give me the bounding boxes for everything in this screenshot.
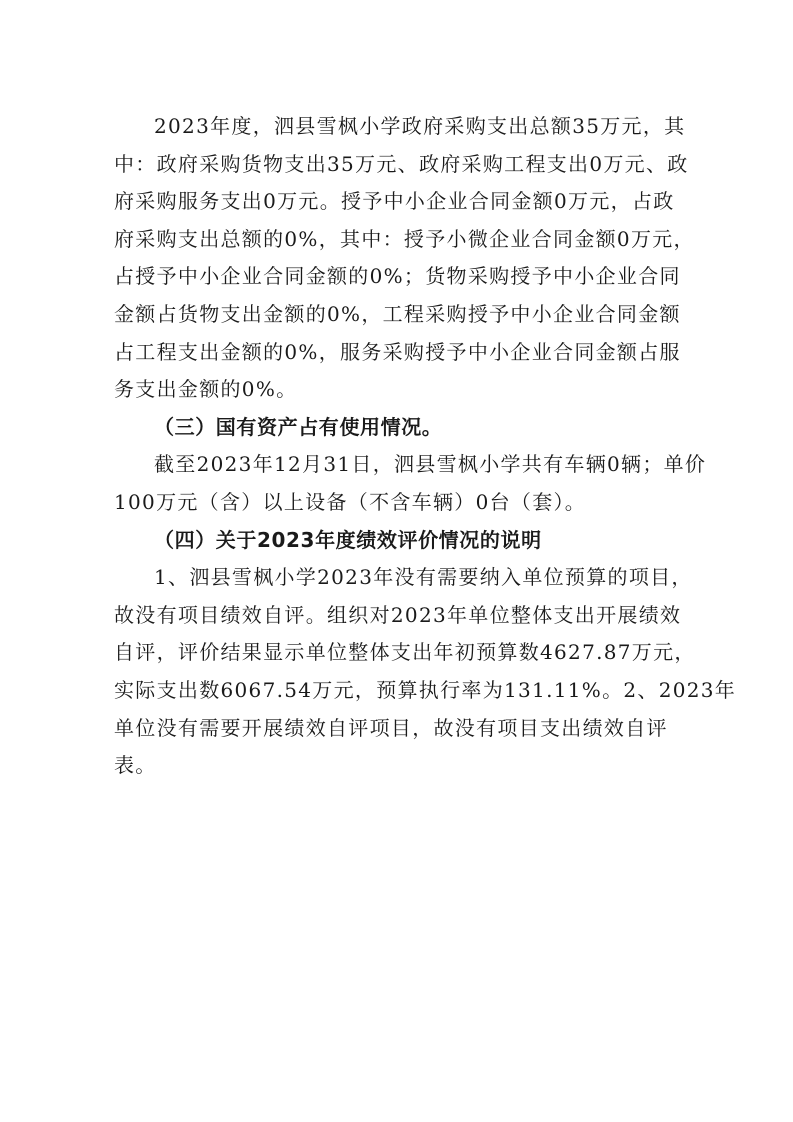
text-line: 单位没有需要开展绩效自评项目，故没有项目支出绩效自评 [114, 710, 686, 748]
paragraph-assets: 截至2023年12月31日，泗县雪枫小学共有车辆0辆；单价 100万元（含）以上… [114, 446, 686, 521]
text-line: 表。 [114, 747, 686, 785]
text-line: 务支出金额的0%。 [114, 371, 686, 409]
text-line: 占授予中小企业合同金额的0%；货物采购授予中小企业合同 [114, 258, 686, 296]
text-line: 截至2023年12月31日，泗县雪枫小学共有车辆0辆；单价 [114, 446, 686, 484]
section-heading-assets: （三）国有资产占有使用情况。 [114, 409, 686, 447]
document-body: 2023年度，泗县雪枫小学政府采购支出总额35万元，其 中：政府采购货物支出35… [114, 108, 686, 785]
paragraph-performance: 1、泗县雪枫小学2023年没有需要纳入单位预算的项目， 故没有项目绩效自评。组织… [114, 559, 686, 785]
paragraph-procurement: 2023年度，泗县雪枫小学政府采购支出总额35万元，其 中：政府采购货物支出35… [114, 108, 686, 409]
text-line: 府采购支出总额的0%，其中：授予小微企业合同金额0万元， [114, 221, 686, 259]
text-line: 实际支出数6067.54万元，预算执行率为131.11%。2、2023年 [114, 672, 686, 710]
document-page: 2023年度，泗县雪枫小学政府采购支出总额35万元，其 中：政府采购货物支出35… [0, 0, 793, 1122]
text-line: 100万元（含）以上设备（不含车辆）0台（套）。 [114, 484, 686, 522]
text-line: 自评，评价结果显示单位整体支出年初预算数4627.87万元， [114, 634, 686, 672]
text-line: 中：政府采购货物支出35万元、政府采购工程支出0万元、政 [114, 146, 686, 184]
text-line: 故没有项目绩效自评。组织对2023年单位整体支出开展绩效 [114, 597, 686, 635]
section-heading-performance: （四）关于2023年度绩效评价情况的说明 [114, 522, 686, 560]
text-line: 1、泗县雪枫小学2023年没有需要纳入单位预算的项目， [114, 559, 686, 597]
text-line: 府采购服务支出0万元。授予中小企业合同金额0万元，占政 [114, 183, 686, 221]
text-line: 占工程支出金额的0%，服务采购授予中小企业合同金额占服 [114, 334, 686, 372]
text-line: 金额占货物支出金额的0%，工程采购授予中小企业合同金额 [114, 296, 686, 334]
text-line: 2023年度，泗县雪枫小学政府采购支出总额35万元，其 [114, 108, 686, 146]
